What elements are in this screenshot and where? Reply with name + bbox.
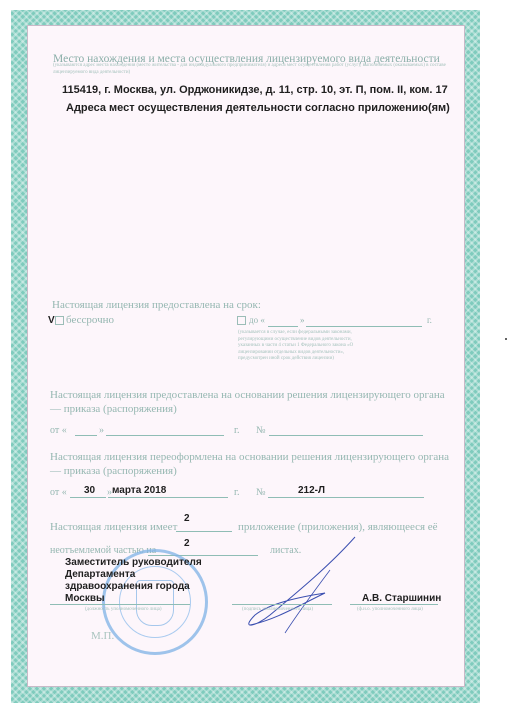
- position-line: [50, 604, 190, 605]
- seal-label: М.П.: [91, 630, 114, 642]
- until-checkbox[interactable]: [237, 316, 246, 325]
- addresses-note: Адреса мест осуществления деятельности с…: [66, 102, 450, 114]
- reissued-number: 212-Л: [298, 485, 325, 496]
- granted-heading-line2: — приказа (распоряжения): [50, 403, 177, 415]
- reissued-number-line: [268, 497, 424, 498]
- location-heading-note: (указываются адрес места нахождения (мес…: [53, 63, 458, 76]
- signature-caption: (подпись уполномоченного лица): [242, 607, 313, 614]
- reissued-month-year: марта 2018: [112, 485, 166, 496]
- granted-day-line: [75, 435, 97, 436]
- term-heading: Настоящая лицензия предоставлена на срок…: [52, 299, 261, 311]
- reissued-day: 30: [84, 485, 95, 496]
- reissued-heading-line2: — приказа (распоряжения): [50, 465, 177, 477]
- granted-year-suffix: г.: [234, 425, 239, 436]
- indefinite-checkbox[interactable]: [55, 316, 64, 325]
- indefinite-label: бессрочно: [66, 314, 114, 326]
- reissued-year-suffix: г.: [234, 487, 239, 498]
- signatory-name: А.В. Старшинин: [362, 593, 441, 604]
- reissued-from-label: от «: [50, 487, 67, 498]
- handwritten-signature: [230, 535, 360, 635]
- until-label: до «: [249, 315, 265, 325]
- name-line: [350, 604, 438, 605]
- signatory-position-line2: Департамента: [65, 569, 135, 580]
- appendix-sheets: 2: [184, 538, 190, 549]
- until-year-suffix: г.: [427, 315, 432, 325]
- appendix-count-line: [176, 531, 232, 532]
- name-caption: (ф.и.о. уполномоченного лица): [357, 607, 423, 614]
- position-caption: (должность уполномоченного лица): [85, 607, 162, 614]
- signature-line: [232, 604, 332, 605]
- signatory-position-line1: Заместитель руководителя: [65, 557, 202, 568]
- granted-mid: »: [99, 425, 104, 436]
- reissued-number-label: №: [256, 487, 266, 498]
- until-mid: »: [300, 315, 305, 325]
- until-note: (указывается в случае, если федеральными…: [238, 330, 358, 363]
- stray-mark: [505, 338, 507, 340]
- granted-from-label: от «: [50, 425, 67, 436]
- signatory-position-line3: здравоохранения города: [65, 581, 190, 592]
- signatory-position-line4: Москвы: [65, 593, 105, 604]
- appendix-text-before: Настоящая лицензия имеет: [50, 521, 177, 533]
- until-day-line: [268, 326, 298, 327]
- granted-number-label: №: [256, 425, 266, 436]
- reissued-month-line: [108, 497, 228, 498]
- reissued-day-line: [70, 497, 106, 498]
- appendix-count: 2: [184, 513, 190, 524]
- until-month-line: [306, 326, 422, 327]
- granted-number-line: [269, 435, 423, 436]
- appendix-text-after: приложение (приложения), являющееся её: [238, 521, 438, 533]
- granted-heading-line1: Настоящая лицензия предоставлена на осно…: [50, 389, 445, 401]
- granted-month-line: [106, 435, 224, 436]
- indefinite-checkmark[interactable]: V: [48, 315, 55, 326]
- license-address: 115419, г. Москва, ул. Орджоникидзе, д. …: [62, 84, 448, 96]
- reissued-heading-line1: Настоящая лицензия переоформлена на осно…: [50, 451, 449, 463]
